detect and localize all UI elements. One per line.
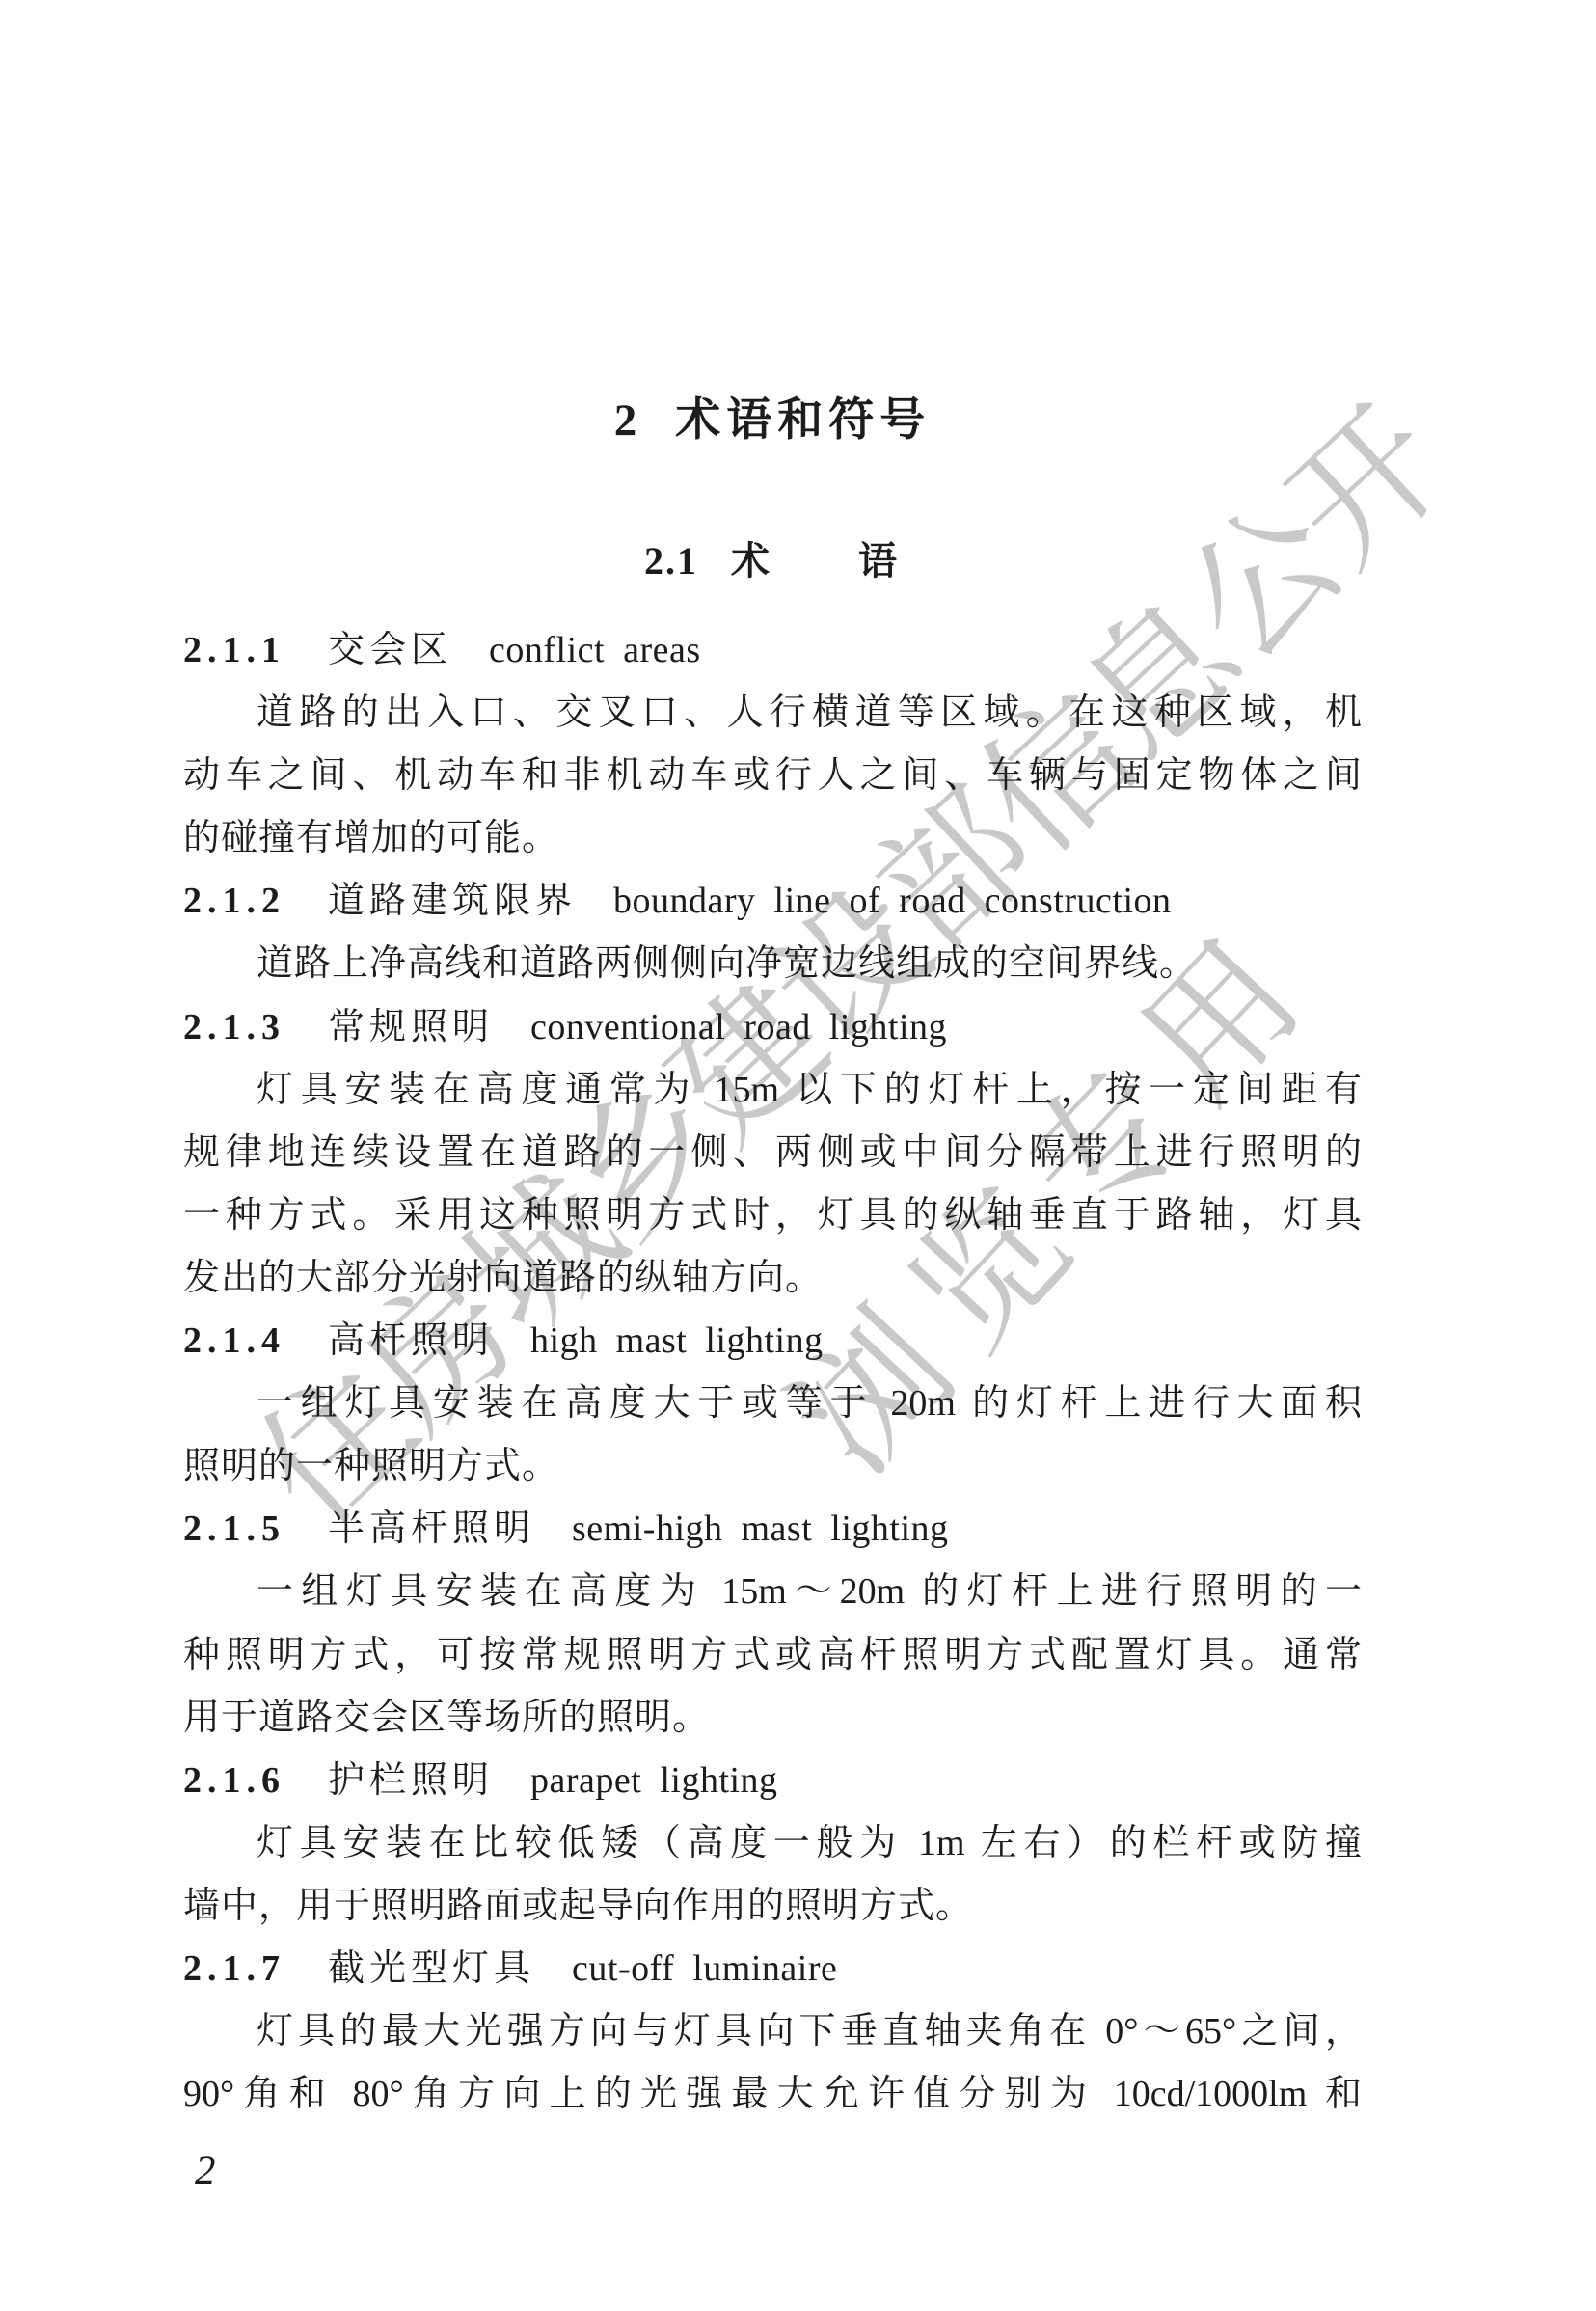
term-name-en: semi-high mast lighting [572, 1509, 948, 1549]
term-name-en: parapet lighting [530, 1760, 778, 1801]
body-line: 灯具的最大光强方向与灯具向下垂直轴夹角在 0°～65°之间， [183, 2000, 1362, 2063]
term-heading: 2.1.1交会区conflict areas [183, 619, 1362, 682]
section-title: 2.1术 语 [183, 538, 1362, 585]
term-heading: 2.1.4高杆照明high mast lighting [183, 1310, 1362, 1373]
section-number: 2.1 [644, 539, 698, 583]
body-line: 动车之间、机动车和非机动车或行人之间、车辆与固定物体之间 [183, 745, 1362, 807]
term-name-cn: 护栏照明 [328, 1760, 494, 1801]
body-line: 发出的大部分光射向道路的纵轴方向。 [183, 1247, 1362, 1310]
chapter-title: 2术语和符号 [183, 395, 1362, 446]
term-number: 2.1.3 [183, 1007, 285, 1047]
body-line: 道路的出入口、交叉口、人行横道等区域。在这种区域，机 [183, 682, 1362, 745]
term-heading: 2.1.2道路建筑限界boundary line of road constru… [183, 870, 1362, 933]
term-name-cn: 交会区 [328, 630, 452, 670]
term-name-cn: 截光型灯具 [328, 1948, 535, 1989]
page-number: 2 [195, 2147, 216, 2195]
term-heading: 2.1.5半高杆照明semi-high mast lighting [183, 1498, 1362, 1561]
body-line: 灯具安装在比较低矮（高度一般为 1m 左右）的栏杆或防撞 [183, 1812, 1362, 1875]
body-line: 一种方式。采用这种照明方式时，灯具的纵轴垂直于路轴，灯具 [183, 1184, 1362, 1247]
body-line: 墙中，用于照明路面或起导向作用的照明方式。 [183, 1875, 1362, 1938]
body-line: 一组灯具安装在高度为 15m～20m 的灯杆上进行照明的一 [183, 1561, 1362, 1623]
body-line: 道路上净高线和道路两侧侧向净宽边线组成的空间界线。 [183, 933, 1362, 995]
term-number: 2.1.2 [183, 881, 285, 921]
section-title-text: 术 语 [731, 539, 901, 583]
term-number: 2.1.4 [183, 1320, 285, 1361]
term-number: 2.1.7 [183, 1948, 285, 1989]
body-line: 用于道路交会区等场所的照明。 [183, 1687, 1362, 1750]
body-line: 的碰撞有增加的可能。 [183, 807, 1362, 870]
chapter-number: 2 [614, 395, 637, 446]
document-page: 住房城乡建设部信息公开 浏览专用 2术语和符号 2.1术 语 2.1.1交会区c… [0, 0, 1596, 2311]
body-line: 90°角和 80°角方向上的光强最大允许值分别为 10cd/1000lm 和 [183, 2063, 1362, 2126]
term-name-cn: 高杆照明 [328, 1320, 494, 1361]
term-name-cn: 道路建筑限界 [328, 881, 577, 921]
body-line: 种照明方式，可按常规照明方式或高杆照明方式配置灯具。通常 [183, 1624, 1362, 1687]
term-name-en: conflict areas [489, 630, 701, 670]
term-number: 2.1.1 [183, 630, 285, 670]
term-heading: 2.1.7截光型灯具cut-off luminaire [183, 1938, 1362, 2000]
body-line: 一组灯具安装在高度大于或等于 20m 的灯杆上进行大面积 [183, 1373, 1362, 1435]
term-name-en: high mast lighting [530, 1320, 824, 1361]
term-name-cn: 半高杆照明 [328, 1509, 535, 1549]
text-column: 2术语和符号 2.1术 语 2.1.1交会区conflict areas道路的出… [183, 0, 1362, 2126]
term-number: 2.1.6 [183, 1760, 285, 1801]
term-name-en: cut-off luminaire [572, 1948, 837, 1989]
term-name-cn: 常规照明 [328, 1007, 494, 1047]
term-name-en: conventional road lighting [530, 1007, 947, 1047]
body-line: 灯具安装在高度通常为 15m 以下的灯杆上，按一定间距有 [183, 1059, 1362, 1122]
chapter-title-text: 术语和符号 [675, 395, 931, 446]
body-line: 照明的一种照明方式。 [183, 1435, 1362, 1498]
term-name-en: boundary line of road construction [613, 881, 1172, 921]
term-heading: 2.1.3常规照明conventional road lighting [183, 996, 1362, 1059]
text-lines: 2.1.1交会区conflict areas道路的出入口、交叉口、人行横道等区域… [183, 619, 1362, 2126]
term-number: 2.1.5 [183, 1509, 285, 1549]
body-line: 规律地连续设置在道路的一侧、两侧或中间分隔带上进行照明的 [183, 1122, 1362, 1184]
term-heading: 2.1.6护栏照明parapet lighting [183, 1750, 1362, 1812]
